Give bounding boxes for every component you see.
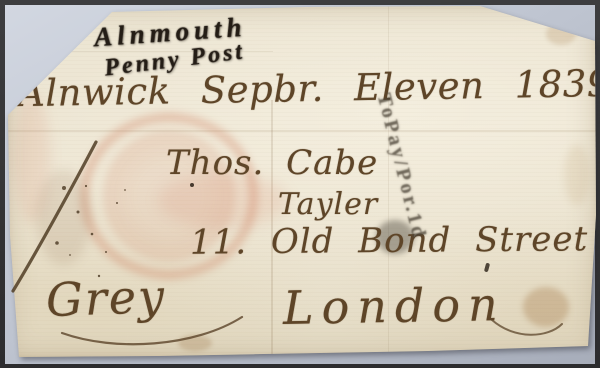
address-city: London xyxy=(283,277,507,335)
ink-dot xyxy=(190,183,194,187)
addressee-occupation: Tayler xyxy=(278,187,378,222)
pen-tick-mark xyxy=(484,263,490,273)
franking-signature: Grey xyxy=(45,269,167,327)
letter-paper-wrap: Alnwick Sepbr. Eleven 1839 Thos. Cabe Ta… xyxy=(8,5,596,357)
ink-smudge xyxy=(36,170,91,265)
fold-crease-horizontal xyxy=(8,130,596,132)
letter-paper: Alnwick Sepbr. Eleven 1839 Thos. Cabe Ta… xyxy=(8,5,596,357)
stain-spot xyxy=(546,23,576,45)
stain-spot xyxy=(523,287,569,327)
address-street: 11. Old Bond Street xyxy=(190,219,589,262)
addressee-name: Thos. Cabe xyxy=(166,143,378,183)
stain-spot xyxy=(178,335,212,351)
photo-of-postal-cover: Alnwick Sepbr. Eleven 1839 Thos. Cabe Ta… xyxy=(0,0,600,368)
stain-spot xyxy=(564,145,590,205)
